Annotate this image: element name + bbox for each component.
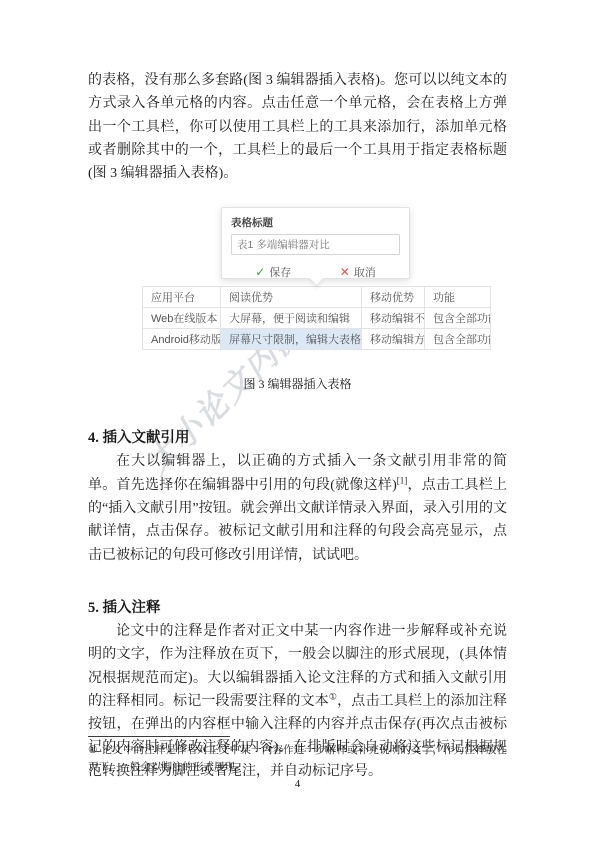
footnote-marker-inline[interactable]: ① bbox=[329, 691, 337, 701]
table-cell[interactable]: 包含全部功能 bbox=[425, 329, 491, 350]
check-icon: ✓ bbox=[255, 265, 265, 279]
table-cell[interactable]: 包含全部功能 bbox=[425, 308, 491, 329]
table-cell[interactable]: 移动编辑不便 bbox=[362, 308, 425, 329]
table-cell[interactable]: Android移动版本 bbox=[143, 329, 221, 350]
table-row: Web在线版本 大屏幕，便于阅读和编辑 移动编辑不便 包含全部功能 bbox=[143, 308, 491, 329]
section4-heading: 4. 插入文献引用 bbox=[88, 427, 507, 450]
intro-paragraph: 的表格，没有那么多套路(图 3 编辑器插入表格)。您可以以纯文本的方式录入各单元… bbox=[88, 69, 507, 185]
cancel-button-label: 取消 bbox=[354, 267, 376, 279]
figure-editor-screenshot: 表格标题 ✓保存 ✕取消 应用平台 阅读优势 移动优势 功能 Web在线版本 bbox=[88, 195, 507, 391]
highlighted-cell[interactable]: 屏幕尺寸限制，编辑大表格不便 bbox=[221, 329, 362, 350]
table-title-popup: 表格标题 ✓保存 ✕取消 bbox=[221, 207, 410, 279]
table-cell[interactable]: 大屏幕，便于阅读和编辑 bbox=[221, 308, 362, 329]
x-icon: ✕ bbox=[340, 265, 350, 279]
save-button-label: 保存 bbox=[269, 267, 291, 279]
table-row: Android移动版本 屏幕尺寸限制，编辑大表格不便 移动编辑方便 包含全部功能 bbox=[143, 329, 491, 350]
section4-paragraph: 在大以编辑器上，以正确的方式插入一条文献引用非常的简单。首先选择你在编辑器中引用… bbox=[88, 450, 507, 566]
header-cell[interactable]: 阅读优势 bbox=[221, 287, 362, 308]
header-cell[interactable]: 功能 bbox=[425, 287, 491, 308]
citation-marker[interactable]: [1] bbox=[397, 475, 408, 485]
figure-caption: 图 3 编辑器插入表格 bbox=[88, 375, 507, 392]
footnote-text: ①论文中的注释是作者对正文中某一内容作进一步解释或补充说明的文字，作为注释放在页… bbox=[88, 742, 507, 776]
header-cell[interactable]: 移动优势 bbox=[362, 287, 425, 308]
table-header-row: 应用平台 阅读优势 移动优势 功能 bbox=[143, 287, 491, 308]
footnote-marker: ① bbox=[88, 745, 98, 756]
table-title-input[interactable] bbox=[231, 234, 400, 255]
table-cell[interactable]: Web在线版本 bbox=[143, 308, 221, 329]
footnote-body: 论文中的注释是作者对正文中某一内容作进一步解释或补充说明的文字，作为注释放在页下… bbox=[88, 745, 507, 773]
section5-heading: 5. 插入注释 bbox=[88, 597, 507, 620]
footnote-divider bbox=[88, 736, 230, 737]
cancel-button[interactable]: ✕取消 bbox=[340, 264, 376, 280]
document-page: 大小论文内测版 的表格，没有那么多套路(图 3 编辑器插入表格)。您可以以纯文本… bbox=[0, 0, 595, 842]
header-cell[interactable]: 应用平台 bbox=[143, 287, 221, 308]
page-number: 4 bbox=[0, 778, 595, 790]
popup-title-label: 表格标题 bbox=[231, 215, 400, 230]
table-cell[interactable]: 移动编辑方便 bbox=[362, 329, 425, 350]
save-button[interactable]: ✓保存 bbox=[255, 264, 291, 280]
comparison-table: 应用平台 阅读优势 移动优势 功能 Web在线版本 大屏幕，便于阅读和编辑 移动… bbox=[142, 286, 491, 350]
footnote-block: ①论文中的注释是作者对正文中某一内容作进一步解释或补充说明的文字，作为注释放在页… bbox=[88, 736, 507, 776]
